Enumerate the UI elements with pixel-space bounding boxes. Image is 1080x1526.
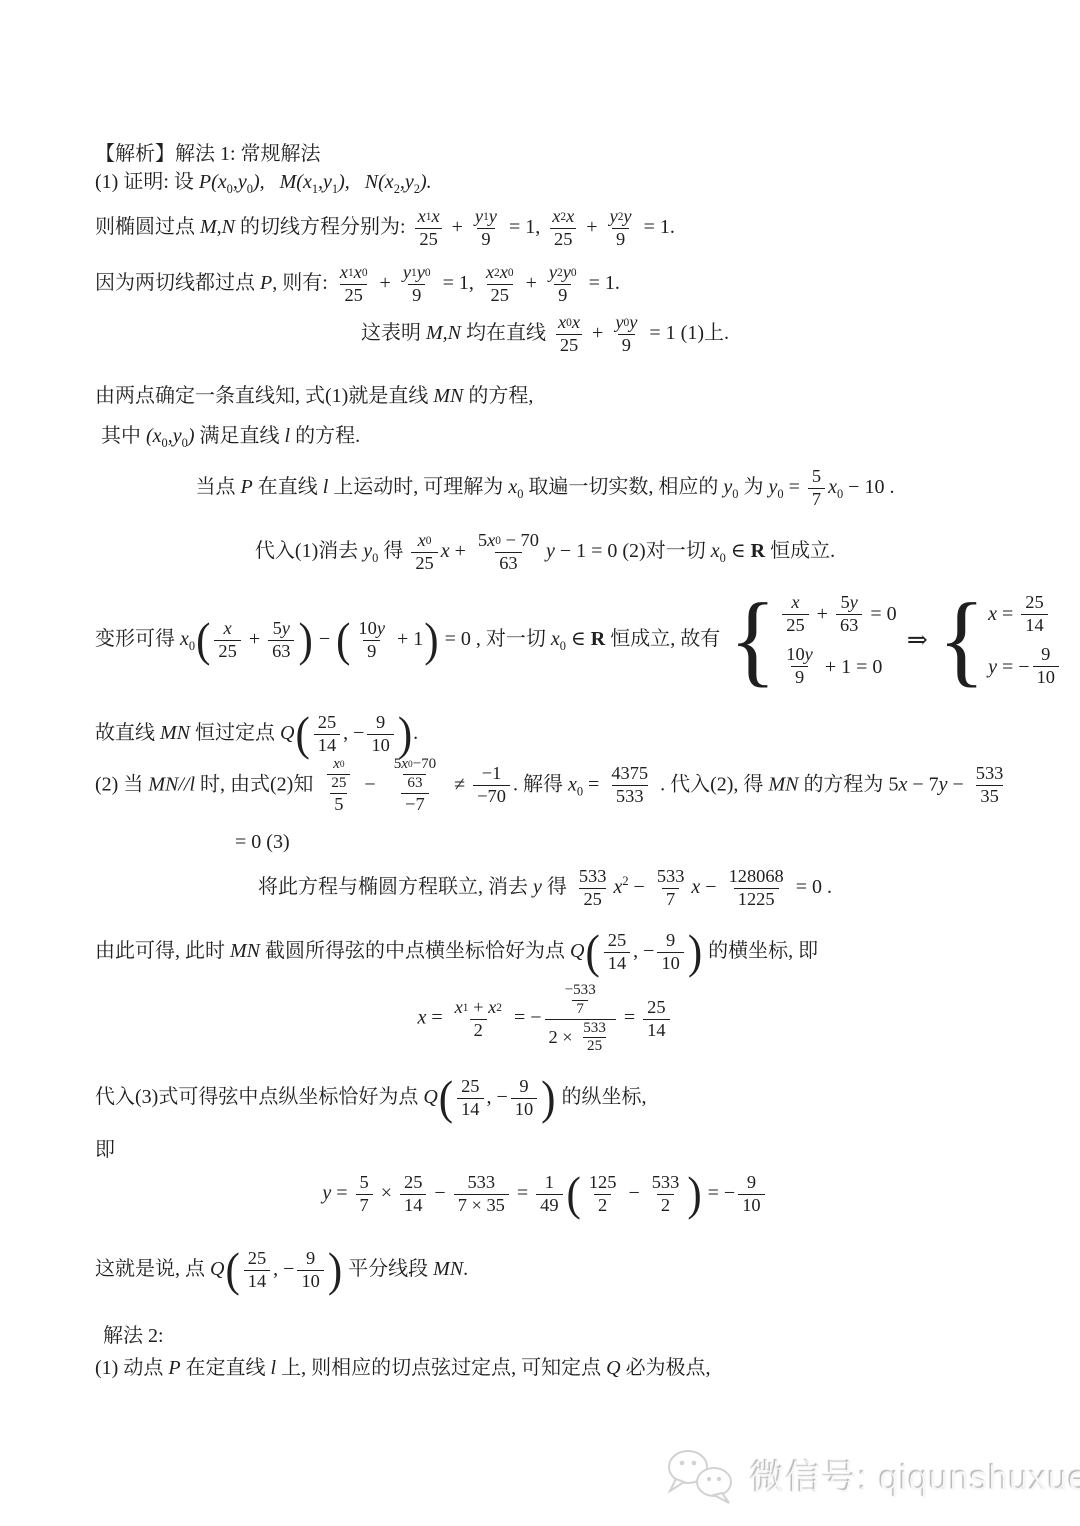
math-variable: y (549, 262, 557, 284)
fraction: 5x0−7063−7 (384, 756, 447, 815)
line-tangent-equations: 则椭圆过点 M,N 的切线方程分别为: x1x25 + y1y9 = 1, x2… (95, 206, 995, 250)
math-number: − (629, 876, 650, 898)
denominator: 9 (618, 334, 635, 357)
text-run: 均在直线 (461, 322, 551, 344)
text-run: 的方程, (463, 385, 533, 407)
denominator: 10 (511, 1098, 537, 1121)
math-variable: y (939, 773, 948, 795)
math-number: 9 (519, 1076, 528, 1098)
text-run: 满足直线 (195, 425, 285, 447)
heading-method2: 解法 2: (95, 1322, 995, 1350)
line-fixed-point-Q: 故直线 MN 恒过定点 Q(2514, −910). (95, 712, 995, 756)
math-variable: y (417, 262, 425, 284)
system-rows: x = 2514y = −910 (988, 592, 1062, 689)
math-bold-set: R (751, 540, 765, 562)
math-number: − (314, 628, 335, 650)
math-variable: MN (160, 722, 190, 744)
left-brace: { (938, 597, 985, 684)
math-number: 14 (608, 953, 626, 975)
denominator: 63 (495, 552, 521, 575)
denominator: 25 (327, 774, 350, 793)
math-variable: x (828, 476, 837, 498)
numerator: 5x0−7063 (384, 756, 447, 793)
text-run (350, 171, 365, 193)
math-variable: Q (606, 1357, 620, 1379)
fraction: 2514 (244, 1248, 270, 1292)
fraction: y2y09 (545, 262, 581, 306)
system-row: x = 2514 (988, 592, 1051, 636)
equation-y-mid: y = 57 × 2514 − 5337 × 35 = 149(1252 − 5… (95, 1172, 995, 1216)
math-variable: y (475, 206, 483, 228)
text-run: 恒过定点 (190, 722, 280, 744)
denominator: 14 (457, 1098, 483, 1121)
text-run: (1) 证明: 设 (95, 171, 199, 193)
line-eq-3: = 0 (3) (95, 828, 995, 856)
denominator: 14 (643, 1019, 669, 1042)
numerator: 25 (457, 1076, 483, 1098)
math-number: 2 (598, 1195, 607, 1217)
fraction: 910 (738, 1172, 764, 1216)
math-variable: y (610, 206, 618, 228)
math-variable: x (441, 540, 450, 562)
text-run: 解得 (523, 773, 568, 795)
math-number: 533 (652, 1172, 680, 1194)
numerator: 533 (575, 866, 611, 888)
math-number: . (463, 1258, 468, 1280)
math-number: + (521, 272, 542, 294)
math-number: −70 (413, 756, 437, 774)
fraction: x0255 (321, 756, 356, 815)
numerator: x2x (548, 206, 578, 228)
line-MN-equation: 由两点确定一条直线知, 式(1)就是直线 MN 的方程, (95, 382, 995, 410)
math-variable: x (340, 262, 348, 284)
big-paren: ) (327, 1247, 343, 1294)
math-variable: MN (433, 1258, 463, 1280)
line-Q-bisects: 这就是说, 点 Q(2514, −910) 平分线段 MN. (95, 1248, 995, 1292)
fraction: −53372 × 53325 (545, 982, 616, 1056)
math-number: 5 (812, 466, 821, 488)
fraction: x1x25 (414, 206, 444, 250)
math-number: 25 (461, 1076, 479, 1098)
math-number: 14 (1025, 615, 1043, 637)
numerator: 533 (972, 763, 1008, 785)
numerator: 5 (356, 1172, 373, 1194)
math-number: 63 (499, 553, 517, 575)
denominator: 10 (297, 1270, 323, 1293)
numerator: 9 (1037, 644, 1054, 666)
math-number: = 0 (3) (235, 831, 290, 853)
text-run: 变形可得 (95, 628, 180, 650)
math-number: 5 (273, 618, 282, 640)
math-number: −7 (405, 794, 425, 816)
numerator: 25 (400, 1172, 426, 1194)
numerator: 4375 (607, 763, 652, 785)
numerator: 10y (354, 618, 389, 640)
line-midpoint-y: 代入(3)式可得弦中点纵坐标恰好为点 Q(2514, −910) 的纵坐标, (95, 1076, 995, 1120)
text-run: (1) 动点 (95, 1357, 168, 1379)
math-number: ∈ (566, 628, 591, 650)
math-number: 10 (661, 953, 679, 975)
math-number: 10 (742, 1195, 760, 1217)
text-run: 在直线 (253, 476, 323, 498)
math-variable: ,y (233, 171, 247, 193)
numerator: x2x0 (482, 262, 518, 284)
text-run: , 则有: (272, 272, 333, 294)
math-number: 533 (976, 763, 1004, 785)
math-number: − (948, 773, 969, 795)
math-number: 14 (404, 1195, 422, 1217)
math-number: = 0 . (791, 876, 832, 898)
math-number: + (375, 272, 396, 294)
math-variable: x (988, 600, 997, 628)
numerator: y2y (606, 206, 636, 228)
numerator: −533 (561, 982, 600, 1000)
math-number: 1225 (738, 889, 775, 911)
math-number: −1 (482, 763, 502, 785)
fraction: x1x025 (336, 262, 372, 306)
math-number: = 1 (1) (644, 322, 704, 344)
math-number: 9 (622, 335, 631, 357)
math-number: 5 (888, 773, 898, 795)
wechat-id-label: 微信号: qiqunshuxueyuan (750, 1451, 1080, 1501)
big-paren: ) (297, 617, 313, 664)
text-run: 截圆所得弦的中点横坐标恰好为点 (260, 940, 570, 962)
math-variable: x (791, 592, 799, 614)
fraction: 2514 (604, 930, 630, 974)
numerator: 5x0−70 (390, 756, 441, 774)
math-number: 7 (576, 1001, 584, 1019)
numerator: x (787, 592, 803, 614)
text-run: 代入(2), 得 (670, 773, 768, 795)
heading-method1: 【解析】解法 1: 常规解法 (95, 140, 995, 168)
denominator: 10 (657, 952, 683, 975)
math-variable: y (363, 540, 372, 562)
text-run: 的方程. (290, 425, 360, 447)
math-variable: x (417, 1007, 426, 1029)
numerator: 5x0 − 70 (474, 530, 543, 552)
math-variable: x (455, 997, 463, 1019)
math-number: 14 (461, 1099, 479, 1121)
math-number: 49 (540, 1195, 558, 1217)
fraction: 910 (657, 930, 683, 974)
denominator: 9 (612, 228, 629, 251)
system-rows: x25 + 5y63 = 010y9 + 1 = 0 (779, 592, 896, 689)
denominator: 25 (583, 1037, 606, 1056)
math-number: ∈ (726, 540, 751, 562)
fraction: 5332 (648, 1172, 684, 1216)
numerator: 533 (579, 1020, 610, 1038)
math-number: 9 (306, 1248, 315, 1270)
math-number: 10 (301, 1271, 319, 1293)
denominator: 25 (556, 334, 582, 357)
numerator: 25 (244, 1248, 270, 1270)
math-variable: MN (230, 940, 260, 962)
fraction: 2514 (1021, 592, 1047, 636)
big-paren: ) (540, 1075, 556, 1122)
denominator: 2 (594, 1194, 611, 1217)
math-number: 9 (412, 285, 421, 307)
numerator: y2y0 (545, 262, 581, 284)
math-number: − (623, 1182, 644, 1204)
math-number: 9 (376, 712, 385, 734)
text-run: 时, 由式(2)知 (195, 773, 318, 795)
text-run: (2) 当 (95, 773, 148, 795)
math-variable: y (805, 644, 813, 666)
text-run: 其中 (101, 425, 146, 447)
math-variable: x (613, 876, 622, 898)
math-number: 4375 (611, 763, 648, 785)
denominator: 5 (330, 793, 347, 816)
line-P-moves: 当点 P 在直线 l 上运动时, 可理解为 x0 取遍一切实数, 相应的 y0 … (95, 466, 995, 510)
numerator: x (220, 618, 236, 640)
math-number: = 1, (504, 216, 545, 238)
numerator: −1 (478, 763, 506, 785)
math-variable: ), (338, 171, 350, 193)
big-paren: ( (224, 1247, 240, 1294)
denominator: 9 (408, 284, 425, 307)
math-variable: Q (570, 940, 584, 962)
math-number: 25 (331, 775, 346, 793)
math-number: − 70 (501, 530, 539, 552)
denominator: 2 (470, 1019, 487, 1042)
denominator: 25 (214, 640, 240, 663)
math-number: 25 (560, 335, 578, 357)
math-variable: y (850, 592, 858, 614)
math-variable: y (403, 262, 411, 284)
denominator: 63 (268, 640, 294, 663)
math-number: = − (703, 1182, 736, 1204)
math-number: . (413, 722, 418, 744)
big-paren: ( (195, 617, 211, 664)
math-number: 10 (358, 618, 376, 640)
line-midpoint-x: 由此可得, 此时 MN 截圆所得弦的中点横坐标恰好为点 Q(2514, −910… (95, 930, 995, 974)
math-number: = − (509, 1007, 542, 1029)
numerator: 5y (269, 618, 294, 640)
system-row: x25 + 5y63 = 0 (779, 592, 896, 636)
fraction: 53325 (579, 1020, 610, 1057)
math-number: + (450, 540, 471, 562)
math-variable: ,y (400, 171, 414, 193)
math-number: = 0 (865, 600, 896, 628)
text-run: 对一切 (646, 540, 711, 562)
math-number: 25 (491, 285, 509, 307)
text-run: 的方程为 (798, 773, 888, 795)
math-variable: x (488, 997, 496, 1019)
denominator: 35 (976, 785, 1002, 808)
math-number: 25 (587, 1038, 602, 1056)
math-number: 25 (583, 889, 601, 911)
math-variable: y (615, 312, 623, 334)
math-number: 10 (371, 735, 389, 757)
denominator: 533 (612, 785, 648, 808)
text-run: 对一切 (486, 628, 551, 650)
math-variable: y (546, 540, 555, 562)
denominator: 10 (738, 1194, 764, 1217)
fraction: −5337 (561, 982, 600, 1019)
math-number: 9 (747, 1172, 756, 1194)
text-run: 的纵坐标, (557, 1086, 647, 1108)
text-run: 的横坐标, 即 (703, 940, 818, 962)
text-run: 即 (95, 1139, 115, 1161)
math-number: −533 (565, 982, 596, 1000)
math-variable: y (623, 206, 631, 228)
numerator: 9 (372, 712, 389, 734)
math-variable: x (486, 262, 494, 284)
denominator: 14 (604, 952, 630, 975)
math-number: 9 (1041, 644, 1050, 666)
equation-system: {x25 + 5y63 = 010y9 + 1 = 0 (729, 592, 896, 689)
math-number: 9 (795, 667, 804, 689)
text-run: 则椭圆过点 (95, 216, 200, 238)
math-variable: ). (420, 171, 432, 193)
fraction: x0x25 (554, 312, 584, 356)
numerator: 25 (1021, 592, 1047, 614)
math-number: 9 (666, 930, 675, 952)
denominator: 63 (403, 774, 426, 793)
text-run: 这表明 (361, 322, 426, 344)
fraction: x1 + x22 (451, 997, 506, 1041)
math-variable: M(x (280, 171, 312, 193)
fraction: 53325 (575, 866, 611, 910)
denominator: 25 (579, 888, 605, 911)
numerator: 128068 (725, 866, 788, 888)
numerator: x1x (414, 206, 444, 228)
math-variable: N(x (365, 171, 394, 193)
math-variable: x (401, 756, 408, 774)
denominator: 25 (487, 284, 513, 307)
fraction: 2514 (400, 1172, 426, 1216)
fraction: 2514 (314, 712, 340, 756)
math-number: + (812, 600, 833, 628)
math-variable: M,N (200, 216, 235, 238)
text-run: 上. (704, 322, 729, 344)
math-number: = 1. (639, 216, 675, 238)
math-variable: x (568, 773, 577, 795)
equation-x-mid: x = x1 + x22 = −−53372 × 53325 = 2514 (95, 982, 995, 1056)
math-variable: x (552, 206, 560, 228)
document-page: 【解析】解法 1: 常规解法(1) 证明: 设 P(x0,y0), M(x1,y… (0, 0, 1080, 1526)
denominator: 7 × 35 (454, 1194, 509, 1217)
math-number: + (447, 216, 468, 238)
math-number: 5 (478, 530, 487, 552)
big-paren: ( (438, 1075, 454, 1122)
math-number: 9 (558, 285, 567, 307)
math-number: 10 (1037, 667, 1055, 689)
math-variable: y (489, 206, 497, 228)
big-paren: ) (686, 1171, 702, 1218)
numerator: y0y (611, 312, 641, 334)
math-number: = (784, 476, 805, 498)
math-number: . (513, 773, 523, 795)
math-number: 533 (616, 786, 644, 808)
numerator: y1y0 (399, 262, 435, 284)
numerator: 9 (743, 1172, 760, 1194)
math-variable: ,y (318, 171, 332, 193)
math-variable: MN (768, 773, 798, 795)
fraction: 5337 × 35 (454, 1172, 509, 1216)
math-variable: x (508, 476, 517, 498)
fraction: x25 (782, 592, 808, 636)
math-bold-set: R (591, 628, 605, 650)
text-run: 故直线 (95, 722, 160, 744)
math-number: −70 (477, 786, 506, 808)
denominator: 1225 (734, 888, 779, 911)
text-run: 这就是说, 点 (95, 1258, 210, 1280)
text-run: 上, 则相应的切点弦过定点, 可知定点 (276, 1357, 606, 1379)
big-paren: ) (423, 617, 439, 664)
math-number: = 0 , (440, 628, 486, 650)
math-number: 63 (840, 615, 858, 637)
numerator: x0 (329, 756, 348, 774)
math-variable: MN//l (148, 773, 195, 795)
wechat-icon (664, 1446, 740, 1506)
denominator: 63 (836, 614, 862, 637)
math-number: 25 (647, 997, 665, 1019)
math-number: = 1. (584, 272, 620, 294)
big-paren: ( (584, 929, 600, 976)
math-variable: P (241, 476, 253, 498)
math-number: 25 (248, 1248, 266, 1270)
text-run: 的切线方程分别为: (235, 216, 411, 238)
math-number: 125 (589, 1172, 617, 1194)
numerator: y1y (471, 206, 501, 228)
numerator: 9 (515, 1076, 532, 1098)
big-paren: ) (687, 929, 703, 976)
denominator: 14 (1021, 614, 1047, 637)
math-number: 7 × 35 (458, 1195, 505, 1217)
numerator: x025 (321, 756, 356, 793)
big-paren: ( (335, 617, 351, 664)
fraction: x25 (214, 618, 240, 662)
line-setup-points: (1) 证明: 设 P(x0,y0), M(x1,y1), N(x2,y2). (95, 168, 995, 196)
fraction: 5x0−7063 (390, 756, 441, 793)
fraction: 149 (536, 1172, 562, 1216)
text-run: 得 (542, 876, 572, 898)
math-variable: y (988, 653, 997, 681)
line-method2-part1: (1) 动点 P 在定直线 l 上, 则相应的切点弦过定点, 可知定点 Q 必为… (95, 1354, 995, 1382)
numerator: 9 (302, 1248, 319, 1270)
math-number: 7 (812, 489, 821, 511)
math-variable: x (333, 756, 340, 774)
math-number: , − (273, 1258, 294, 1280)
math-number: + (587, 322, 608, 344)
math-variable: x (551, 628, 560, 650)
fraction: x025 (411, 530, 437, 574)
text-run (265, 171, 280, 193)
math-number: 1 (545, 1172, 554, 1194)
math-variable: Q (210, 1258, 224, 1280)
denominator: 10 (367, 734, 393, 757)
math-number: 533 (583, 1020, 606, 1038)
line-part2-parallel: (2) 当 MN//l 时, 由式(2)知 x0255 − 5x0−7063−7… (95, 756, 995, 815)
denominator: 2 (657, 1194, 674, 1217)
fraction: x2x25 (548, 206, 578, 250)
math-number: 10 (786, 644, 804, 666)
math-number: = (997, 600, 1018, 628)
text-run: 由两点确定一条直线知, 式(1)就是直线 (95, 385, 433, 407)
line-through-point-P: 因为两切线都过点 P, 则有: x1x025 + y1y09 = 1, x2x0… (95, 262, 995, 306)
denominator: 49 (536, 1194, 562, 1217)
math-variable: x (558, 312, 566, 334)
numerator: 533 (463, 1172, 499, 1194)
fraction: 5y63 (836, 592, 862, 636)
fraction: 10y9 (354, 618, 389, 662)
math-variable: x (418, 206, 426, 228)
numerator: 25 (643, 997, 669, 1019)
text-run: 取遍一切实数, 相应的 (523, 476, 723, 498)
numerator: x1 + x2 (451, 997, 506, 1019)
math-number: = 1, (438, 272, 479, 294)
